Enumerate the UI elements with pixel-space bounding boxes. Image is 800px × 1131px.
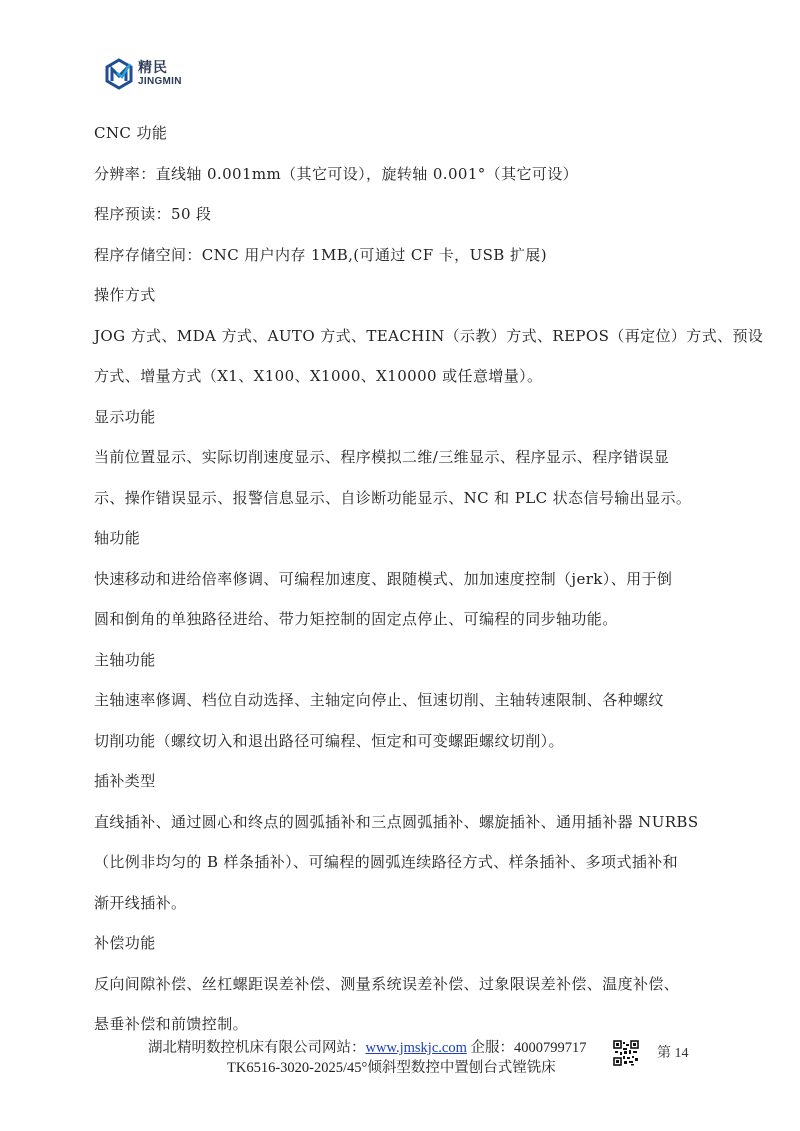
website-link[interactable]: www.jmskjc.com [366, 1040, 467, 1056]
logo-english-name: JINGMIN [138, 77, 182, 87]
section-heading-axis: 轴功能 [94, 518, 720, 559]
section-heading-cnc: CNC 功能 [94, 113, 720, 154]
document-body: CNC 功能 分辨率：直线轴 0.001mm（其它可设），旋转轴 0.001°（… [94, 113, 720, 1045]
paragraph-line: 快速移动和进给倍率修调、可编程加速度、跟随模式、加加速度控制（jerk）、用于倒 [94, 559, 720, 600]
paragraph-line: 直线插补、通过圆心和终点的圆弧插补和三点圆弧插补、螺旋插补、通用插补器 NURB… [94, 802, 720, 843]
paragraph-line: 圆和倒角的单独路径进给、带力矩控制的固定点停止、可编程的同步轴功能。 [94, 599, 720, 640]
section-heading-interpolation: 插补类型 [94, 761, 720, 802]
paragraph-line: 反向间隙补偿、丝杠螺距误差补偿、测量系统误差补偿、过象限误差补偿、温度补偿、 [94, 964, 720, 1005]
paragraph-line: 方式、增量方式（X1、X100、X1000、X10000 或任意增量）。 [94, 356, 720, 397]
section-heading-spindle: 主轴功能 [94, 640, 720, 681]
page-number: 第 14 [657, 1042, 689, 1062]
paragraph-line: 切削功能（螺纹切入和退出路径可编程、恒定和可变螺距螺纹切削）。 [94, 721, 720, 762]
spec-resolution: 分辨率：直线轴 0.001mm（其它可设），旋转轴 0.001°（其它可设） [94, 154, 720, 195]
section-heading-display: 显示功能 [94, 397, 720, 438]
logo-chinese-name: 精民 [138, 61, 182, 75]
paragraph-line: 主轴速率修调、档位自动选择、主轴定向停止、恒速切削、主轴转速限制、各种螺纹 [94, 680, 720, 721]
paragraph-line: （比例非均匀的 B 样条插补）、可编程的圆弧连续路径方式、样条插补、多项式插补和 [94, 842, 720, 883]
section-heading-operation: 操作方式 [94, 275, 720, 316]
company-logo: 精民 JINGMIN [103, 58, 182, 90]
spec-storage: 程序存储空间：CNC 用户内存 1MB,(可通过 CF 卡，USB 扩展) [94, 235, 720, 276]
paragraph-line: 渐开线插补。 [94, 883, 720, 924]
paragraph-line: 示、操作错误显示、报警信息显示、自诊断功能显示、NC 和 PLC 状态信号输出显… [94, 478, 720, 519]
footer-company: 湖北精明数控机床有限公司网站： [148, 1040, 366, 1056]
jingmin-logo-icon [103, 58, 135, 90]
footer-company-line: 湖北精明数控机床有限公司网站：www.jmskjc.com 企服：4000799… [148, 1036, 586, 1057]
paragraph-line: JOG 方式、MDA 方式、AUTO 方式、TEACHIN（示教）方式、REPO… [94, 316, 720, 357]
footer-service-phone: 企服：4000799717 [467, 1040, 587, 1056]
qr-code-icon [613, 1040, 639, 1066]
section-heading-compensation: 补偿功能 [94, 923, 720, 964]
footer-product-name: TK6516-3020-2025/45°倾斜型数控中置刨台式镗铣床 [227, 1056, 556, 1077]
spec-lookahead: 程序预读：50 段 [94, 194, 720, 235]
paragraph-line: 当前位置显示、实际切削速度显示、程序模拟二维/三维显示、程序显示、程序错误显 [94, 437, 720, 478]
